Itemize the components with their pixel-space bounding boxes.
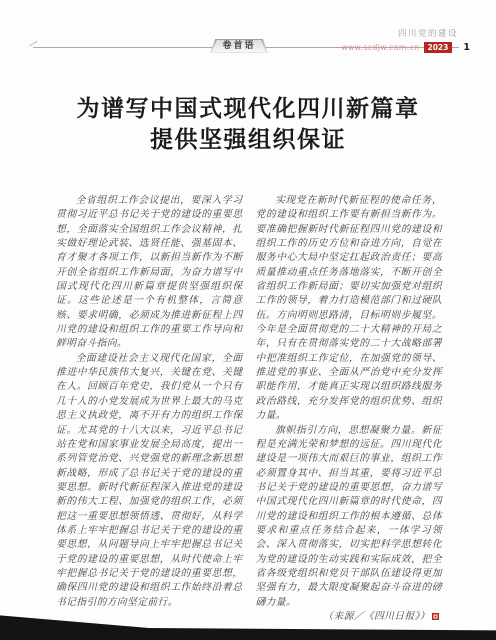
article-title: 为谱写中国式现代化四川新篇章 提供坚强组织保证	[0, 93, 496, 155]
masthead-meta: 四川党的建设 www.scdjw.com.cn 2023 1	[341, 27, 470, 53]
source-line: （来源／《四川日报》）	[256, 610, 443, 624]
article-title-line-2: 提供坚强组织保证	[0, 124, 496, 155]
source-text: （来源／《四川日报》）	[323, 611, 430, 622]
magazine-page: 卷首语 四川党的建设 www.scdjw.com.cn 2023 1 为谱写中国…	[0, 0, 496, 640]
paragraph: 全面建设社会主义现代化国家，全面推进中华民族伟大复兴，关键在党、关键在人。回顾百…	[56, 352, 243, 610]
article-body: 全省组织工作会议提出，要深入学习贯彻习近平总书记关于党的建设的重要思想，全面落实…	[56, 194, 442, 624]
masthead-meta-row: www.scdjw.com.cn 2023 1	[341, 42, 470, 53]
section-tab-label: 卷首语	[222, 42, 255, 51]
left-column: 全省组织工作会议提出，要深入学习贯彻习近平总书记关于党的建设的重要思想，全面落实…	[56, 194, 243, 624]
paragraph: 旗帜指引方向，思想凝聚力量。新征程是充满光荣和梦想的远征。四川现代化建设是一项伟…	[256, 424, 443, 610]
section-tab-face: 卷首语	[212, 40, 266, 52]
page-number: 1	[463, 42, 470, 53]
section-tab: 卷首语	[210, 39, 268, 53]
header-rule-tick	[29, 41, 37, 47]
year-badge: 2023	[424, 42, 453, 53]
paragraph: 全省组织工作会议提出，要深入学习贯彻习近平总书记关于党的建设的重要思想，全面落实…	[56, 194, 243, 352]
magazine-website: www.scdjw.com.cn	[341, 43, 419, 52]
article-title-line-1: 为谱写中国式现代化四川新篇章	[0, 93, 496, 124]
article-end-mark-icon	[432, 613, 439, 620]
magazine-name: 四川党的建设	[341, 27, 470, 39]
paragraph: 实现党在新时代新征程的使命任务，党的建设和组织工作要有新担当新作为。要准确把握新…	[256, 194, 443, 424]
right-column: 实现党在新时代新征程的使命任务，党的建设和组织工作要有新担当新作为。要准确把握新…	[256, 194, 443, 624]
